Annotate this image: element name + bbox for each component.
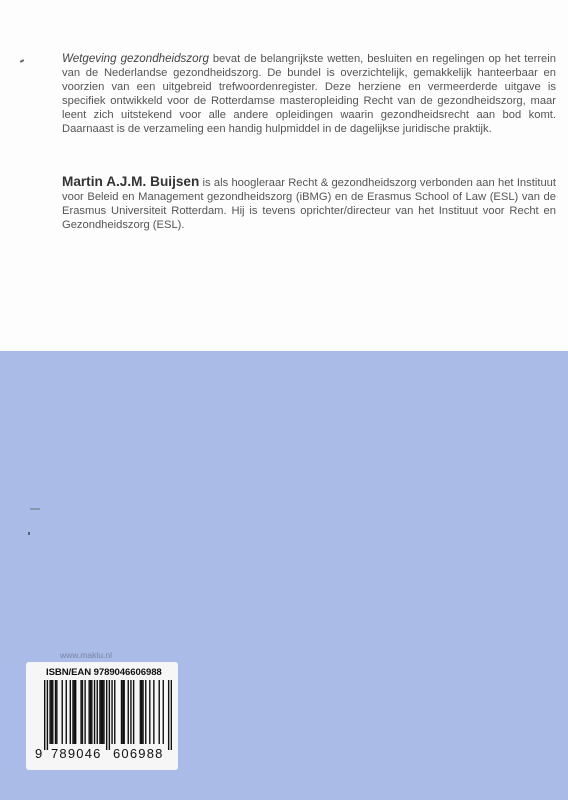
blurb-text: bevat de belangrijkste wetten, besluiten… <box>62 53 556 135</box>
print-speck <box>20 59 24 63</box>
book-title-italic: Wetgeving gezondheidszorg <box>62 52 209 65</box>
barcode-label: ISBN/EAN 9789046606988 9 789046 606988 <box>26 662 178 770</box>
print-speck <box>28 532 30 535</box>
book-blurb: Wetgeving gezondheidszorg bevat de belan… <box>62 52 556 136</box>
isbn-text: ISBN/EAN 9789046606988 <box>46 667 162 678</box>
barcode-icon <box>44 680 172 750</box>
author-name: Martin A.J.M. Buijsen <box>62 174 199 189</box>
author-bio: Martin A.J.M. Buijsen is als hoogleraar … <box>62 175 556 233</box>
print-speck <box>30 508 40 510</box>
barcode-digit-first: 9 <box>34 746 44 761</box>
barcode-digits: 9 789046 606988 <box>34 746 174 764</box>
publisher-url: www.maklu.nl <box>60 650 112 660</box>
cover-top-section: Wetgeving gezondheidszorg bevat de belan… <box>0 0 568 351</box>
barcode-digits-group1: 789046 <box>50 746 103 761</box>
barcode-digits-group2: 606988 <box>112 746 165 761</box>
